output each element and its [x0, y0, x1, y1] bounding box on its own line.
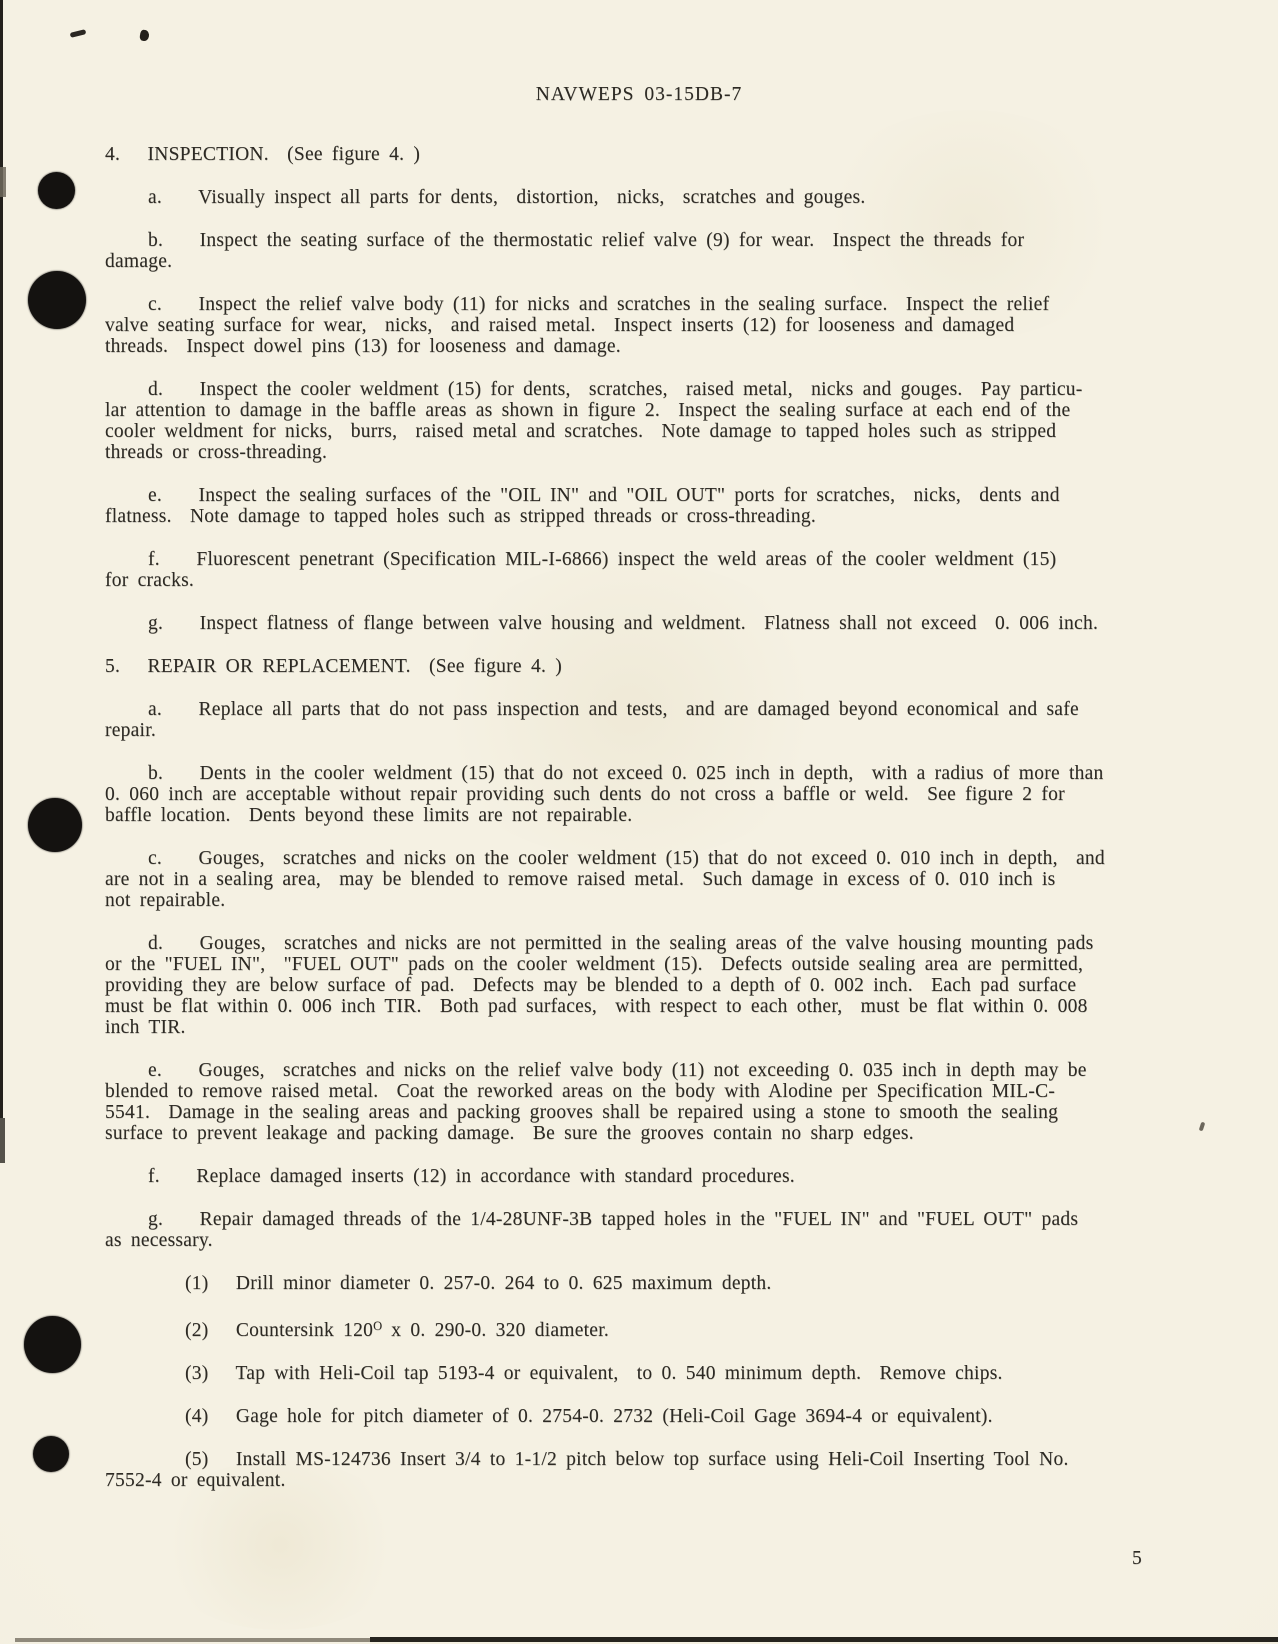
- paragraph: e. Gouges, scratches and nicks on the re…: [105, 1060, 1205, 1144]
- text-line: flatness. Note damage to tapped holes su…: [105, 506, 1205, 527]
- text-line: for cracks.: [105, 570, 1205, 591]
- paragraph: a. Visually inspect all parts for dents,…: [105, 187, 1205, 208]
- text-line: 0. 060 inch are acceptable without repai…: [105, 784, 1205, 805]
- text-line: d. Gouges, scratches and nicks are not p…: [105, 933, 1205, 954]
- text-line: d. Inspect the cooler weldment (15) for …: [105, 379, 1205, 400]
- text-line: 5541. Damage in the sealing areas and pa…: [105, 1102, 1205, 1123]
- paragraph: c. Inspect the relief valve body (11) fo…: [105, 294, 1205, 357]
- hole-punch: [28, 271, 86, 329]
- scan-edge-smudge: [0, 167, 6, 197]
- paragraph: (5) Install MS-124736 Insert 3/4 to 1-1/…: [105, 1449, 1205, 1491]
- hole-punch: [33, 1436, 69, 1472]
- paragraph: c. Gouges, scratches and nicks on the co…: [105, 848, 1205, 911]
- text-line: repair.: [105, 720, 1205, 741]
- text-line: are not in a sealing area, may be blende…: [105, 869, 1205, 890]
- text-line: (2) Countersink 120O x 0. 290-0. 320 dia…: [105, 1316, 1205, 1341]
- paragraph: (2) Countersink 120O x 0. 290-0. 320 dia…: [105, 1316, 1205, 1341]
- text-line: b. Dents in the cooler weldment (15) tha…: [105, 763, 1205, 784]
- text-line: c. Gouges, scratches and nicks on the co…: [105, 848, 1205, 869]
- document-body: 4. INSPECTION. (See figure 4. )a. Visual…: [105, 105, 1205, 1491]
- text-line: must be flat within 0. 006 inch TIR. Bot…: [105, 996, 1205, 1017]
- text-line: (3) Tap with Heli-Coil tap 5193-4 or equ…: [105, 1363, 1205, 1384]
- paragraph: g. Repair damaged threads of the 1/4-28U…: [105, 1209, 1205, 1251]
- text-line: damage.: [105, 251, 1205, 272]
- paragraph: e. Inspect the sealing surfaces of the "…: [105, 485, 1205, 527]
- hole-punch: [24, 1316, 81, 1373]
- text-line: 7552-4 or equivalent.: [105, 1470, 1205, 1491]
- text-line: b. Inspect the seating surface of the th…: [105, 230, 1205, 251]
- text-line: (5) Install MS-124736 Insert 3/4 to 1-1/…: [105, 1449, 1205, 1470]
- text-line: providing they are below surface of pad.…: [105, 975, 1205, 996]
- text-line: baffle location. Dents beyond these limi…: [105, 805, 1205, 826]
- text-segment: (2) Countersink 120: [185, 1320, 373, 1341]
- text-segment: x 0. 290-0. 320 diameter.: [382, 1320, 609, 1341]
- paragraph: d. Inspect the cooler weldment (15) for …: [105, 379, 1205, 463]
- text-line: threads or cross-threading.: [105, 442, 1205, 463]
- text-line: surface to prevent leakage and packing d…: [105, 1123, 1205, 1144]
- text-line: valve seating surface for wear, nicks, a…: [105, 315, 1205, 336]
- text-line: f. Fluorescent penetrant (Specification …: [105, 549, 1205, 570]
- text-line: g. Repair damaged threads of the 1/4-28U…: [105, 1209, 1205, 1230]
- paragraph: (1) Drill minor diameter 0. 257-0. 264 t…: [105, 1273, 1205, 1294]
- superscript: O: [373, 1319, 382, 1333]
- text-line: or the "FUEL IN", "FUEL OUT" pads on the…: [105, 954, 1205, 975]
- paragraph: (4) Gage hole for pitch diameter of 0. 2…: [105, 1406, 1205, 1427]
- ink-mark: [139, 29, 150, 41]
- section-heading: 4. INSPECTION. (See figure 4. ): [105, 144, 1205, 165]
- text-line: cooler weldment for nicks, burrs, raised…: [105, 421, 1205, 442]
- text-line: f. Replace damaged inserts (12) in accor…: [105, 1166, 1205, 1187]
- paragraph: a. Replace all parts that do not pass in…: [105, 699, 1205, 741]
- ink-mark: [70, 29, 87, 38]
- text-line: as necessary.: [105, 1230, 1205, 1251]
- hole-punch: [38, 172, 75, 209]
- text-line: inch TIR.: [105, 1017, 1205, 1038]
- text-line: not repairable.: [105, 890, 1205, 911]
- scan-edge-smudge: [0, 1118, 5, 1163]
- paragraph: b. Inspect the seating surface of the th…: [105, 230, 1205, 272]
- text-line: g. Inspect flatness of flange between va…: [105, 613, 1205, 634]
- text-line: a. Replace all parts that do not pass in…: [105, 699, 1205, 720]
- text-line: e. Gouges, scratches and nicks on the re…: [105, 1060, 1205, 1081]
- hole-punch: [28, 798, 82, 852]
- document-number: NAVWEPS 03-15DB-7: [536, 84, 742, 105]
- paragraph: d. Gouges, scratches and nicks are not p…: [105, 933, 1205, 1038]
- scanned-page: NAVWEPS 03-15DB-7 4. INSPECTION. (See fi…: [0, 0, 1278, 1644]
- text-line: (1) Drill minor diameter 0. 257-0. 264 t…: [105, 1273, 1205, 1294]
- text-line: c. Inspect the relief valve body (11) fo…: [105, 294, 1205, 315]
- paragraph: f. Replace damaged inserts (12) in accor…: [105, 1166, 1205, 1187]
- paragraph: b. Dents in the cooler weldment (15) tha…: [105, 763, 1205, 826]
- page-number: 5: [1132, 1548, 1142, 1569]
- scan-edge-bottom: [15, 1638, 370, 1642]
- text-line: blended to remove raised metal. Coat the…: [105, 1081, 1205, 1102]
- section-heading: 5. REPAIR OR REPLACEMENT. (See figure 4.…: [105, 656, 1205, 677]
- text-line: threads. Inspect dowel pins (13) for loo…: [105, 336, 1205, 357]
- paragraph: g. Inspect flatness of flange between va…: [105, 613, 1205, 634]
- scan-edge-bottom: [370, 1637, 1278, 1642]
- text-line: (4) Gage hole for pitch diameter of 0. 2…: [105, 1406, 1205, 1427]
- text-line: e. Inspect the sealing surfaces of the "…: [105, 485, 1205, 506]
- paragraph: f. Fluorescent penetrant (Specification …: [105, 549, 1205, 591]
- paragraph: (3) Tap with Heli-Coil tap 5193-4 or equ…: [105, 1363, 1205, 1384]
- text-line: lar attention to damage in the baffle ar…: [105, 400, 1205, 421]
- text-line: a. Visually inspect all parts for dents,…: [105, 187, 1205, 208]
- document-header: NAVWEPS 03-15DB-7: [0, 84, 1278, 105]
